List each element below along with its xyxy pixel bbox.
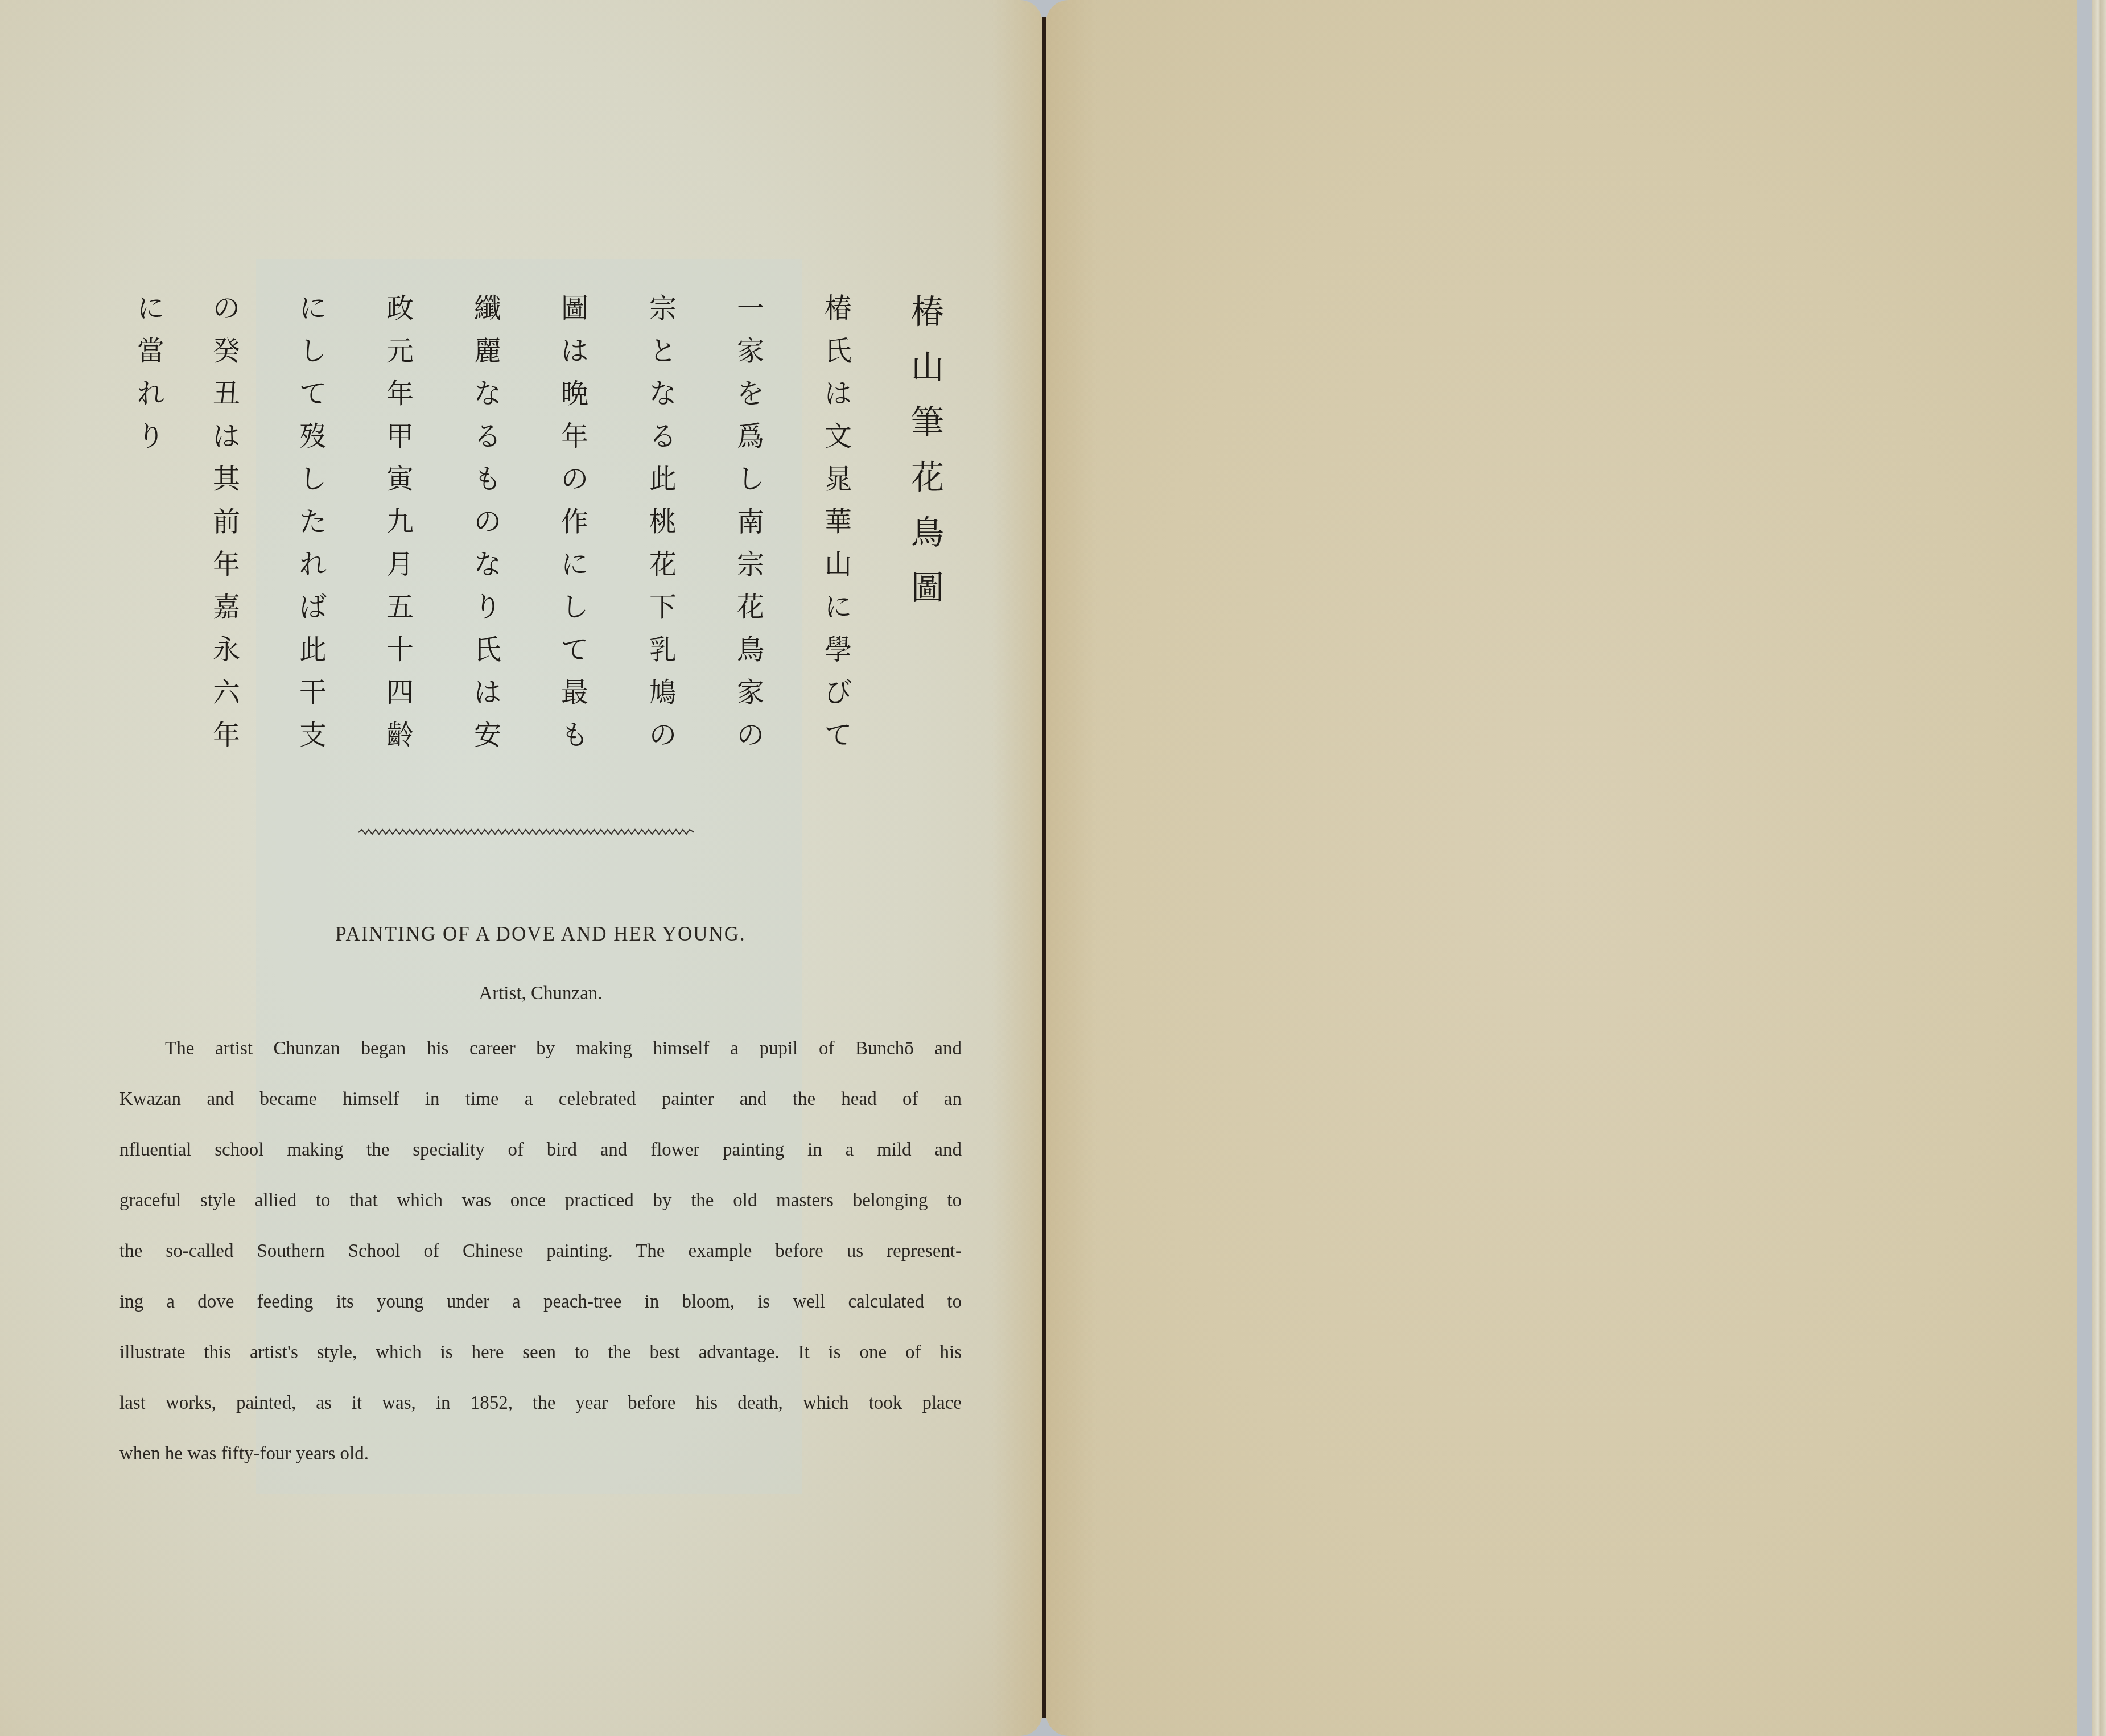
japanese-column-5: 纖麗なるものなり氏は安 xyxy=(465,287,510,757)
japanese-character: 家 xyxy=(728,330,773,373)
japanese-character: 鳩 xyxy=(640,671,686,714)
japanese-character: 月 xyxy=(377,543,423,586)
japanese-character: 此 xyxy=(640,458,686,501)
japanese-character: 鳥 xyxy=(905,505,950,560)
wavy-divider xyxy=(358,828,694,837)
japanese-character: び xyxy=(815,671,861,714)
japanese-character: 宗 xyxy=(640,287,686,330)
japanese-character: 家 xyxy=(728,671,773,714)
japanese-character: を xyxy=(728,373,773,415)
japanese-character: に xyxy=(290,287,336,330)
japanese-column-3: 宗となる此桃花下乳鳩の xyxy=(640,287,686,757)
japanese-character: 甲 xyxy=(377,415,423,458)
japanese-character: は xyxy=(465,671,510,714)
paragraph-line: last works, painted, as it was, in 1852,… xyxy=(119,1389,962,1440)
japanese-character: な xyxy=(465,373,510,415)
japanese-character: 年 xyxy=(552,415,597,458)
paragraph-line: nfluential school making the speciality … xyxy=(119,1136,962,1186)
japanese-character: 宗 xyxy=(728,543,773,586)
japanese-character: は xyxy=(204,415,249,458)
japanese-character: 華 xyxy=(815,501,861,543)
right-page-blank xyxy=(1046,0,2077,1736)
japanese-character: に xyxy=(815,586,861,629)
japanese-character: り xyxy=(128,415,174,458)
japanese-character: 筆 xyxy=(905,395,950,450)
japanese-character: 當 xyxy=(128,330,174,373)
japanese-character: 晩 xyxy=(552,373,597,415)
japanese-character: に xyxy=(552,543,597,586)
japanese-character: 支 xyxy=(290,714,336,757)
japanese-character: 元 xyxy=(377,330,423,373)
japanese-character: 花 xyxy=(905,450,950,505)
japanese-character: 齡 xyxy=(377,714,423,757)
japanese-character: と xyxy=(640,330,686,373)
japanese-character: 此 xyxy=(290,629,336,671)
japanese-character: ば xyxy=(290,586,336,629)
japanese-character: 其 xyxy=(204,458,249,501)
japanese-character: 椿 xyxy=(815,287,861,330)
japanese-character: 永 xyxy=(204,629,249,671)
japanese-character: な xyxy=(640,373,686,415)
japanese-character: し xyxy=(728,458,773,501)
english-heading: PAINTING OF A DOVE AND HER YOUNG. xyxy=(256,923,825,946)
japanese-character: 年 xyxy=(204,714,249,757)
japanese-character: 九 xyxy=(377,501,423,543)
japanese-character: 寅 xyxy=(377,458,423,501)
japanese-character: の xyxy=(640,714,686,757)
japanese-character: も xyxy=(552,714,597,757)
japanese-character: 下 xyxy=(640,586,686,629)
japanese-column-4: 圖は晩年の作にして最も xyxy=(552,287,597,757)
artist-subheading: Artist, Chunzan. xyxy=(256,983,825,1004)
japanese-character: る xyxy=(465,415,510,458)
japanese-character: 氏 xyxy=(815,330,861,373)
japanese-column-9: に當れり xyxy=(128,287,174,458)
japanese-character: り xyxy=(465,586,510,629)
japanese-character: 丑 xyxy=(204,373,249,415)
japanese-character: は xyxy=(552,330,597,373)
japanese-character: 最 xyxy=(552,671,597,714)
japanese-character: 安 xyxy=(465,714,510,757)
japanese-character: 學 xyxy=(815,629,861,671)
japanese-character: て xyxy=(290,373,336,415)
paragraph-line: Kwazan and became himself in time a cele… xyxy=(119,1085,962,1136)
japanese-character: の xyxy=(204,287,249,330)
japanese-character: 花 xyxy=(640,543,686,586)
japanese-character: て xyxy=(815,714,861,757)
japanese-character: し xyxy=(552,586,597,629)
japanese-character: 四 xyxy=(377,671,423,714)
japanese-character: な xyxy=(465,543,510,586)
japanese-character: し xyxy=(290,458,336,501)
japanese-character: 前 xyxy=(204,501,249,543)
japanese-character: 爲 xyxy=(728,415,773,458)
japanese-column-6: 政元年甲寅九月五十四齡 xyxy=(377,287,423,757)
japanese-character: の xyxy=(552,458,597,501)
english-paragraph: The artist Chunzan began his career by m… xyxy=(119,1034,962,1490)
japanese-character: 圖 xyxy=(552,287,597,330)
paragraph-line: ing a dove feeding its young under a pea… xyxy=(119,1288,962,1338)
japanese-character: 年 xyxy=(377,373,423,415)
japanese-character: も xyxy=(465,458,510,501)
japanese-column-8: の癸丑は其前年嘉永六年 xyxy=(204,287,249,757)
japanese-character: 圖 xyxy=(905,560,950,616)
japanese-character: 文 xyxy=(815,415,861,458)
japanese-character: 政 xyxy=(377,287,423,330)
paragraph-line: the so-called Southern School of Chinese… xyxy=(119,1237,962,1288)
book-spread: 椿山筆花鳥圖 椿氏は文晁華山に學びて 一家を爲し南宗花鳥家の 宗となる此桃花下乳… xyxy=(0,0,2106,1736)
japanese-character: の xyxy=(465,501,510,543)
japanese-character: 山 xyxy=(905,340,950,395)
japanese-character: に xyxy=(128,287,174,330)
japanese-character: る xyxy=(640,415,686,458)
japanese-character: 氏 xyxy=(465,629,510,671)
paragraph-line: when he was fifty-four years old. xyxy=(119,1440,962,1490)
japanese-character: 山 xyxy=(815,543,861,586)
japanese-character: の xyxy=(728,714,773,757)
japanese-character: 干 xyxy=(290,671,336,714)
japanese-character: 嘉 xyxy=(204,586,249,629)
paragraph-line: illustrate this artist's style, which is… xyxy=(119,1338,962,1389)
japanese-character: た xyxy=(290,501,336,543)
japanese-character: 年 xyxy=(204,543,249,586)
japanese-character: 南 xyxy=(728,501,773,543)
japanese-character: 五 xyxy=(377,586,423,629)
japanese-character: 纖 xyxy=(465,287,510,330)
japanese-column-1: 椿氏は文晁華山に學びて xyxy=(815,287,861,757)
japanese-character: 麗 xyxy=(465,330,510,373)
japanese-character: れ xyxy=(290,543,336,586)
japanese-character: 乳 xyxy=(640,629,686,671)
japanese-character: 作 xyxy=(552,501,597,543)
japanese-character: し xyxy=(290,330,336,373)
japanese-column-2: 一家を爲し南宗花鳥家の xyxy=(728,287,773,757)
japanese-character: 晁 xyxy=(815,458,861,501)
japanese-character: は xyxy=(815,373,861,415)
japanese-character: 椿 xyxy=(905,284,950,340)
japanese-character: 十 xyxy=(377,629,423,671)
japanese-character: 六 xyxy=(204,671,249,714)
japanese-character: 一 xyxy=(728,287,773,330)
japanese-character: 鳥 xyxy=(728,629,773,671)
paragraph-line: The artist Chunzan began his career by m… xyxy=(119,1034,962,1085)
japanese-title: 椿山筆花鳥圖 xyxy=(905,284,950,616)
japanese-character: て xyxy=(552,629,597,671)
paragraph-line: graceful style allied to that which was … xyxy=(119,1186,962,1237)
japanese-character: 桃 xyxy=(640,501,686,543)
japanese-character: 癸 xyxy=(204,330,249,373)
japanese-character: 歿 xyxy=(290,415,336,458)
japanese-column-7: にして歿したれば此干支 xyxy=(290,287,336,757)
page-edge xyxy=(2092,0,2106,1736)
japanese-character: れ xyxy=(128,373,174,415)
japanese-character: 花 xyxy=(728,586,773,629)
